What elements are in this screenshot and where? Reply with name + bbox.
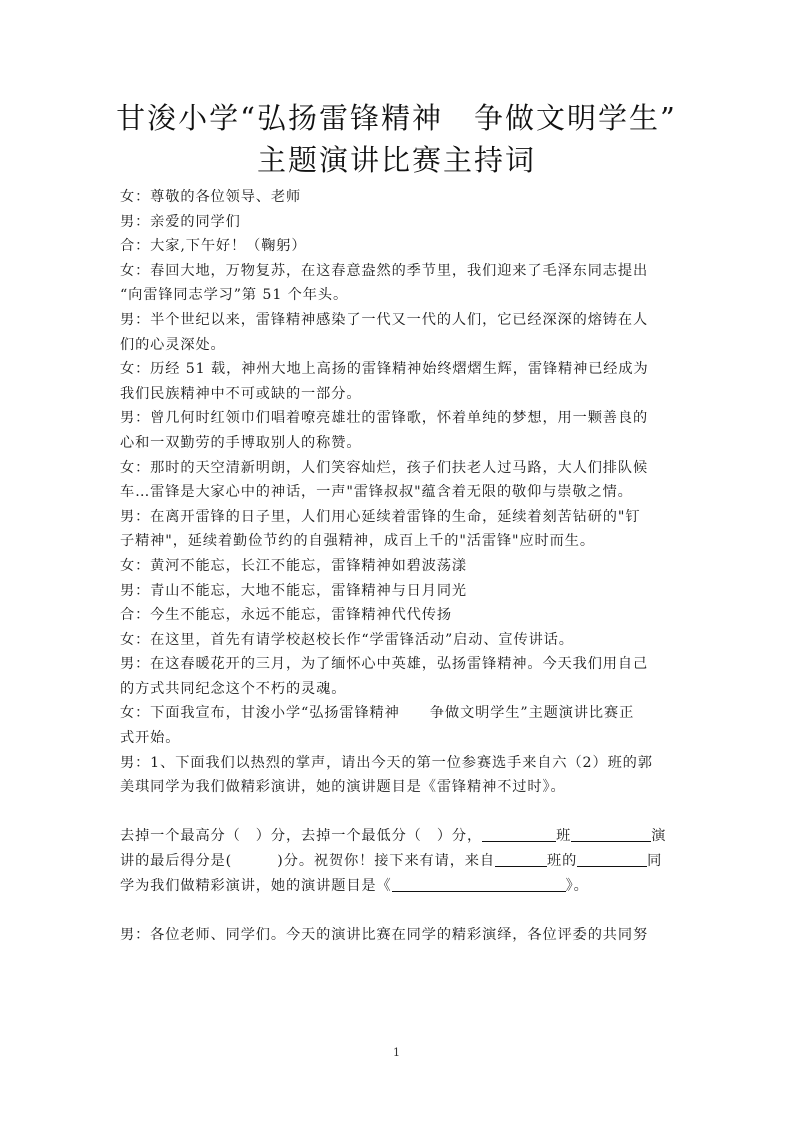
script-line: 合：大家,下午好！（鞠躬） [120, 234, 676, 259]
script-line: 子精神"，延续着勤俭节约的自强精神，成百上千的"活雷锋"应时而生。 [120, 529, 676, 554]
score-text: 班的 [547, 853, 577, 869]
script-line: 的方式共同纪念这个不朽的灵魂。 [120, 677, 676, 702]
score-text: 同 [647, 853, 662, 869]
script-line: 心和一双勤劳的手博取别人的称赞。 [120, 431, 676, 456]
script-line: 美琪同学为我们做精彩演讲，她的演讲题目是《雷锋精神不过时》。 [120, 775, 676, 800]
score-text: 去掉一个最高分（ ）分，去掉一个最低分（ ）分， [120, 828, 482, 844]
fill-in-blank [482, 825, 556, 842]
script-line: 车…雷锋是大家心中的神话，一声"雷锋叔叔"蕴含着无限的敬仰与崇敬之情。 [120, 480, 676, 505]
script-line: 男：在这春暖花开的三月，为了缅怀心中英雄，弘扬雷锋精神。今天我们用自己 [120, 652, 676, 677]
fill-in-blank [577, 850, 647, 867]
score-text: 学为我们做精彩演讲，她的演讲题目是《 [120, 878, 392, 894]
script-line: “向雷锋同志学习”第 51 个年头。 [120, 283, 676, 308]
score-text: 演 [651, 828, 666, 844]
script-line: 男：1、下面我们以热烈的掌声，请出今天的第一位参赛选手来自六（2）班的郭 [120, 751, 676, 776]
script-line: 男：半个世纪以来，雷锋精神感染了一代又一代的人们，它已经深深的熔铸在人 [120, 308, 676, 333]
script-line: 女：历经 51 载，神州大地上高扬的雷锋精神始终熠熠生辉，雷锋精神已经成为 [120, 357, 676, 382]
blank-line [120, 898, 676, 923]
script-line: 式开始。 [120, 726, 676, 751]
score-text: 》。 [566, 878, 589, 894]
script-line: 男：在离开雷锋的日子里，人们用心延续着雷锋的生命，延续着刻苦钻研的"钉 [120, 505, 676, 530]
fill-in-blank [392, 875, 566, 892]
document-title-line-1: 甘浚小学“弘扬雷锋精神 争做文明学生” [0, 98, 793, 138]
script-line: 女：那时的天空清新明朗，人们笑容灿烂，孩子们扶老人过马路，大人们排队候 [120, 456, 676, 481]
script-line: 我们民族精神中不可或缺的一部分。 [120, 382, 676, 407]
script-line: 女：春回大地，万物复苏，在这春意盎然的季节里，我们迎来了毛泽东同志提出 [120, 259, 676, 284]
script-line: 女：尊敬的各位领导、老师 [120, 185, 676, 210]
script-line: 女：下面我宣布，甘浚小学“弘扬雷锋精神 争做文明学生”主题演讲比赛正 [120, 701, 676, 726]
script-line: 女：黄河不能忘，长江不能忘，雷锋精神如碧波荡漾 [120, 554, 676, 579]
score-text: 班 [556, 828, 571, 844]
score-text: 讲的最后得分是( )分。祝贺你！接下来有请，来自 [120, 853, 495, 869]
score-template-line-3: 学为我们做精彩演讲，她的演讲题目是《》。 [120, 874, 676, 899]
score-template-line-2: 讲的最后得分是( )分。祝贺你！接下来有请，来自班的同 [120, 849, 676, 874]
script-line: 们的心灵深处。 [120, 333, 676, 358]
script-line: 女：在这里，首先有请学校赵校长作“学雷锋活动”启动、宣传讲话。 [120, 628, 676, 653]
script-line: 男：各位老师、同学们。今天的演讲比赛在同学的精彩演绎，各位评委的共同努 [120, 923, 676, 948]
script-line: 男：亲爱的同学们 [120, 210, 676, 235]
blank-line [120, 800, 676, 825]
script-line: 男：青山不能忘，大地不能忘，雷锋精神与日月同光 [120, 579, 676, 604]
document-title-line-2: 主题演讲比赛主持词 [0, 140, 793, 180]
script-line: 男：曾几何时红领巾们唱着嘹亮雄壮的雷锋歌，怀着单纯的梦想，用一颗善良的 [120, 406, 676, 431]
page-number: 1 [0, 1046, 793, 1059]
script-line: 合：今生不能忘，永远不能忘，雷锋精神代代传扬 [120, 603, 676, 628]
document-body: 女：尊敬的各位领导、老师 男：亲爱的同学们 合：大家,下午好！（鞠躬） 女：春回… [120, 185, 676, 947]
fill-in-blank [571, 825, 651, 842]
score-template-line-1: 去掉一个最高分（ ）分，去掉一个最低分（ ）分，班演 [120, 824, 676, 849]
fill-in-blank [495, 850, 547, 867]
